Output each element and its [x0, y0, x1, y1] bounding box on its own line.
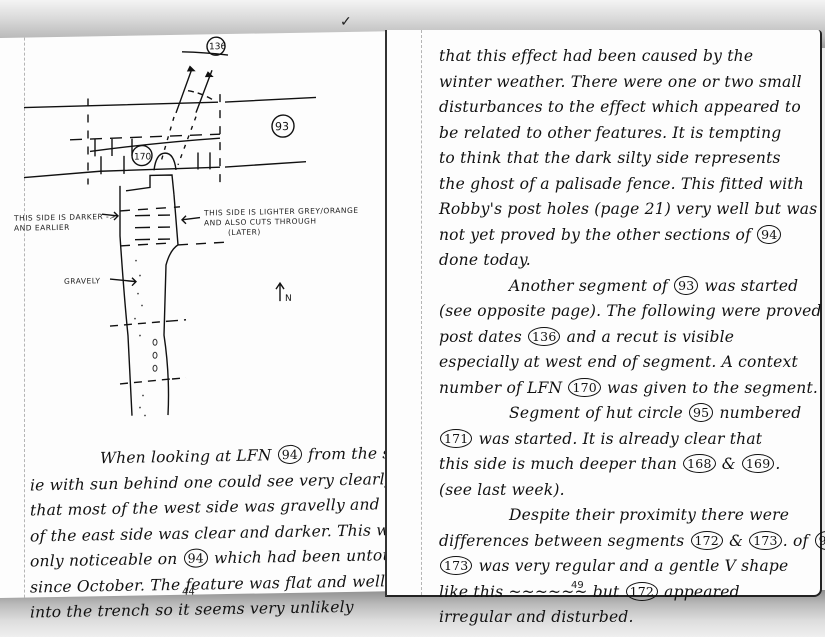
text-line: irregular and disturbed.: [439, 605, 825, 631]
text-line: Another segment of 93 was started: [439, 274, 825, 300]
text-line: done today.: [439, 248, 825, 274]
north-label: N: [285, 294, 292, 304]
text-line: the ghost of a palisade fence. This fitt…: [439, 172, 825, 198]
context-number: 94: [757, 225, 781, 244]
left-page-text: When looking at LFN 94 from the south ie…: [30, 440, 431, 626]
context-number: 173: [440, 556, 472, 575]
page-number-left: 44: [182, 587, 195, 598]
text-line: (see last week).: [439, 478, 825, 504]
text-line: not yet proved by the other sections of …: [439, 223, 825, 249]
text-line: especially at west end of segment. A con…: [439, 350, 825, 376]
context-number: 170: [568, 378, 600, 397]
text-line: be related to other features. It is temp…: [439, 121, 825, 147]
text-line: 171 was started. It is already clear tha…: [439, 427, 825, 453]
context-number: 168: [683, 454, 715, 473]
text-line: disturbances to the effect which appeare…: [439, 95, 825, 121]
context-number: 172: [691, 531, 723, 550]
page-number-right: 49: [571, 580, 584, 591]
text-line: that this effect had been caused by the: [439, 44, 825, 70]
margin-line: [421, 30, 422, 595]
annotation-darker-side: THIS SIDE IS DARKER -> AND EARLIER: [14, 212, 116, 234]
feature-label-136: 136: [209, 42, 226, 52]
context-number: 94: [815, 531, 825, 550]
text-line: number of LFN 170 was given to the segme…: [439, 376, 825, 402]
context-number: 173: [749, 531, 781, 550]
text-line: winter weather. There were one or two sm…: [439, 70, 825, 96]
excavation-sketch: 136 93 170 N: [0, 31, 392, 458]
context-number: 95: [689, 403, 713, 422]
annotation-gravely: GRAVELY: [64, 276, 101, 287]
annotation-lighter-side: THIS SIDE IS LIGHTER GREY/ORANGE AND ALS…: [204, 206, 359, 239]
text-line: (see opposite page). The following were …: [439, 299, 825, 325]
context-number: 169: [742, 454, 774, 473]
context-number: 94: [184, 548, 208, 567]
text-line: post dates 136 and a recut is visible: [439, 325, 825, 351]
text-line: this side is much deeper than 168 & 169.: [439, 452, 825, 478]
text-line: Segment of hut circle 95 numbered: [439, 401, 825, 427]
right-page: that this effect had been caused by the …: [385, 30, 822, 597]
text-line: to think that the dark silty side repres…: [439, 146, 825, 172]
right-page-text: that this effect had been caused by the …: [439, 44, 825, 631]
context-number: 171: [440, 429, 472, 448]
feature-label-93: 93: [275, 120, 289, 133]
feature-label-170: 170: [134, 152, 151, 162]
text-line: differences between segments 172 & 173. …: [439, 529, 825, 555]
text-line: like this ~~~~~~ but 172 appeared: [439, 580, 825, 606]
context-number: 93: [674, 276, 698, 295]
context-number: 172: [626, 582, 658, 601]
context-number: 94: [278, 445, 302, 464]
text-line: Despite their proximity there were: [439, 503, 825, 529]
context-number: 136: [528, 327, 560, 346]
text-line: Robby's post holes (page 21) very well b…: [439, 197, 825, 223]
left-page: 136 93 170 N THIS SIDE IS DARKER -> AND …: [0, 31, 393, 598]
text-line: 173 was very regular and a gentle V shap…: [439, 554, 825, 580]
binding-mark: ✓: [340, 14, 352, 30]
